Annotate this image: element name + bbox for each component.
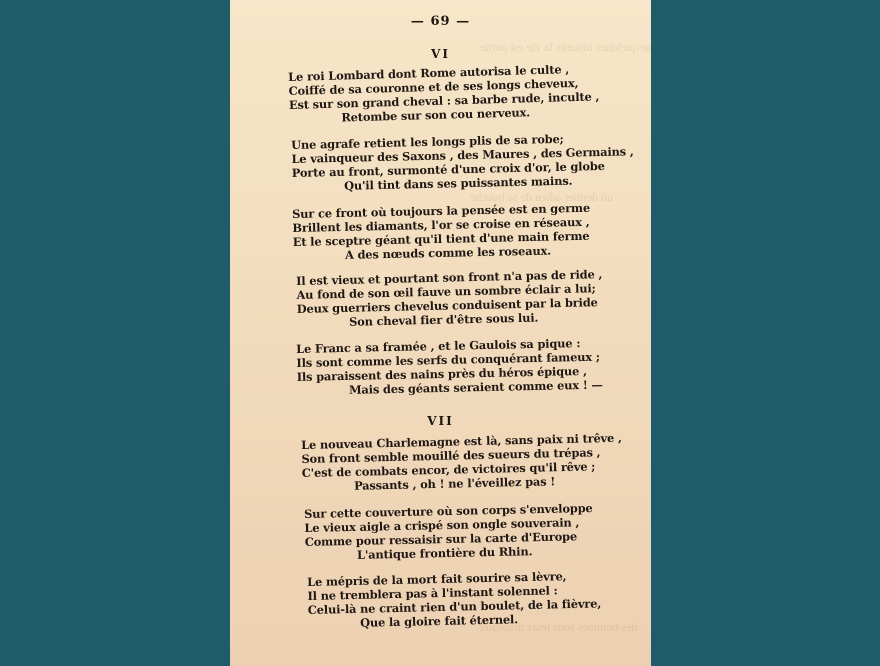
stanza: Une agrafe retient les longs plis de sa … [291, 130, 634, 194]
stanza: Le Franc a sa framée , et le Gaulois sa … [296, 336, 603, 398]
stanza: Le roi Lombard dont Rome autorisa le cul… [288, 61, 600, 126]
page-number: — 69 — [230, 14, 651, 29]
stanza: Il est vieux et pourtant son front n'a p… [296, 267, 603, 330]
book-page: Pour quelques instants la vie est partie… [230, 0, 651, 666]
stanza: Le mépris de la mort fait sourire sa lèv… [307, 568, 602, 631]
section-title: VI [230, 47, 651, 61]
stanza: Sur ce front où toujours la pensée est e… [292, 201, 591, 263]
stanza: Le nouveau Charlemagne est là, sans paix… [301, 431, 623, 494]
stanza: Sur cette couverture où son corps s'enve… [304, 501, 594, 563]
section-title: VII [230, 414, 651, 428]
